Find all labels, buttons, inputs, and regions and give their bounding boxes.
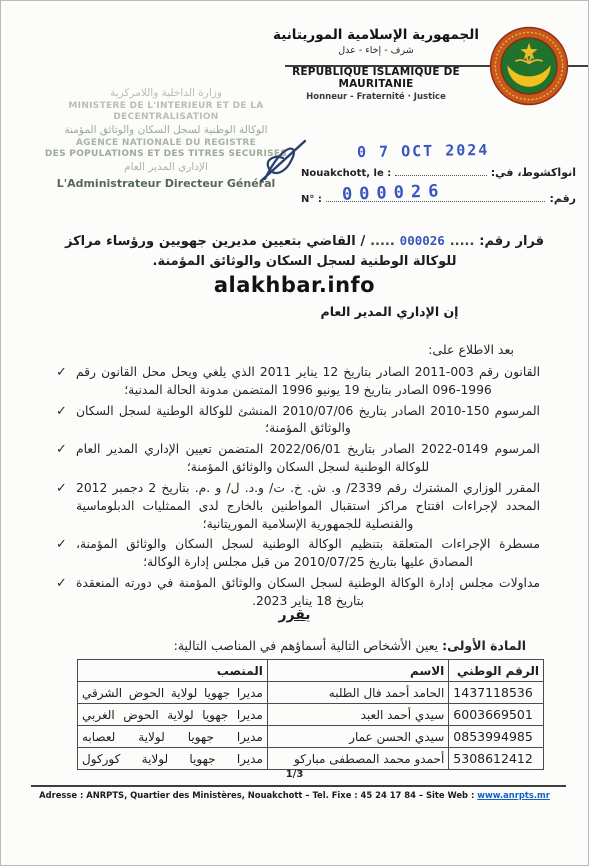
signature-paraph-icon [257,135,313,189]
table-row: 6003669501 سيدي أحمد العبد مديرا جهويا ل… [78,704,544,726]
whereas-item: ✓ مداولات مجلس إدارة الوكالة الوطنية لسج… [76,575,540,611]
whereas-item-text: مداولات مجلس إدارة الوكالة الوطنية لسجل … [76,576,540,608]
decree-title-text: / القاضي بتعيين مديرين جهويين ورؤساء مرا… [65,234,456,269]
column-header-position: المنصب [78,660,268,682]
decides-heading: يقرر [1,607,588,623]
column-header-national-id: الرقم الوطني [449,660,544,682]
number-label-arabic: رقم: [549,192,576,205]
footer-address-text: Adresse : ANRPTS, Quartier des Ministère… [39,790,477,800]
country-name-french: RÉPUBLIQUE ISLAMIQUE DE MAURITANIE [269,66,483,90]
whereas-item-text: مسطرة الإجراءات المتعلقة بتنظيم الوكالة … [76,537,540,569]
country-name-arabic: الجمهورية الإسلامية الموريتانية [269,27,483,44]
table-header-row: الرقم الوطني الاسم المنصب [78,660,544,682]
decree-title: قرار رقم: ..... 000026 ..... / القاضي بت… [65,231,544,272]
whereas-item-text: المرسوم 0149-2022 الصادر بتاريخ 2022/06/… [76,442,540,474]
decree-number-dots-after: ..... [370,234,395,249]
cell-name: الحامد أحمد فال الطلبه [267,682,448,704]
national-motto-arabic: شرف - إخاء - عدل [269,45,483,56]
cell-national-id: 1437118536 [449,682,544,704]
whereas-item: ✓ المرسوم 0149-2022 الصادر بتاريخ 2022/0… [76,441,540,477]
cell-national-id: 6003669501 [449,704,544,726]
whereas-item-text: المرسوم 150-2010 الصادر بتاريخ 2010/07/0… [76,404,540,436]
place-date-line: Nouakchott, le : انواكشوط، في: [301,165,576,179]
check-icon: ✓ [56,480,67,499]
cell-position: مديرا جهويا لولاية لعصابه [78,726,268,748]
authority-line: إن الإداري المدير العام [95,304,589,319]
ministry-name-french-line2: DECENTRALISATION [37,112,295,124]
check-icon: ✓ [56,403,67,422]
footer-address: Adresse : ANRPTS, Quartier des Ministère… [1,790,588,800]
cell-position: مديرا جهويا لولاية الحوض الغربي [78,704,268,726]
article-one-label: المادة الأولى: [442,638,526,653]
watermark-text: alakhbar.info [1,273,588,297]
table-body: 1437118536 الحامد أحمد فال الطلبه مديرا … [78,682,544,770]
check-icon: ✓ [56,441,67,460]
national-emblem-icon [489,26,569,106]
cell-name: أحمدو محمد المصطفى مباركو [267,748,448,770]
table-row: 1437118536 الحامد أحمد فال الطلبه مديرا … [78,682,544,704]
whereas-item: ✓ المقرر الوزاري المشترك رقم 2339/ و. ش.… [76,480,540,533]
national-motto-french: Honneur - Fraternité · Justice [269,92,483,102]
decree-title-prefix: قرار رقم: [479,234,544,249]
cell-position: مديرا جهويا لولاية الحوض الشرقي [78,682,268,704]
cell-position: مديرا جهويا لولاية كوركول [78,748,268,770]
cell-name: سيدي أحمد العبد [267,704,448,726]
intro-line: بعد الاطلاع على: [428,342,514,357]
article-one-line: المادة الأولى: يعين الأشخاص التالية أسما… [45,638,526,653]
cell-name: سيدي الحسن عمار [267,726,448,748]
column-header-name: الاسم [267,660,448,682]
place-label-french: Nouakchott, le : [301,168,391,179]
article-one-text: يعين الأشخاص التالية أسماؤهم في المناصب … [174,638,442,653]
footer-divider [31,785,566,787]
scanned-decree-page: الجمهورية الإسلامية الموريتانية شرف - إخ… [0,0,589,866]
check-icon: ✓ [56,575,67,594]
table-row: 5308612412 أحمدو محمد المصطفى مباركو مدي… [78,748,544,770]
whereas-item-text: المقرر الوزاري المشترك رقم 2339/ و. ش. خ… [76,481,540,531]
place-label-arabic: انواكشوط، في: [491,166,576,179]
whereas-item: ✓ القانون رقم 003-2011 الصادر بتاريخ 12 … [76,364,540,400]
check-icon: ✓ [56,536,67,555]
decree-number-inline: 000026 [400,233,445,248]
website-link[interactable]: www.anrpts.mr [477,790,550,800]
number-label-french: N° : [301,194,322,205]
ministry-name-french-line1: MINISTERE DE L'INTERIEUR ET DE LA [37,101,295,113]
whereas-item-text: القانون رقم 003-2011 الصادر بتاريخ 12 ين… [76,365,540,397]
check-icon: ✓ [56,364,67,383]
ministry-name-arabic: وزارة الداخلية واللامركزية [37,87,295,101]
cell-national-id: 0853994985 [449,726,544,748]
date-stamp: 0 7 OCT 2024 [357,141,490,161]
whereas-item: ✓ المرسوم 150-2010 الصادر بتاريخ 2010/07… [76,403,540,439]
dotted-leader [395,165,487,176]
cell-national-id: 5308612412 [449,748,544,770]
appointments-table: الرقم الوطني الاسم المنصب 1437118536 الح… [77,659,544,770]
whereas-item: ✓ مسطرة الإجراءات المتعلقة بتنظيم الوكال… [76,536,540,572]
decision-number-stamp: 000026 [342,181,446,205]
decree-number-dots-before: ..... [450,234,475,249]
page-number: 1/3 [1,769,588,780]
whereas-list: ✓ القانون رقم 003-2011 الصادر بتاريخ 12 … [76,364,540,614]
table-row: 0853994985 سيدي الحسن عمار مديرا جهويا ل… [78,726,544,748]
